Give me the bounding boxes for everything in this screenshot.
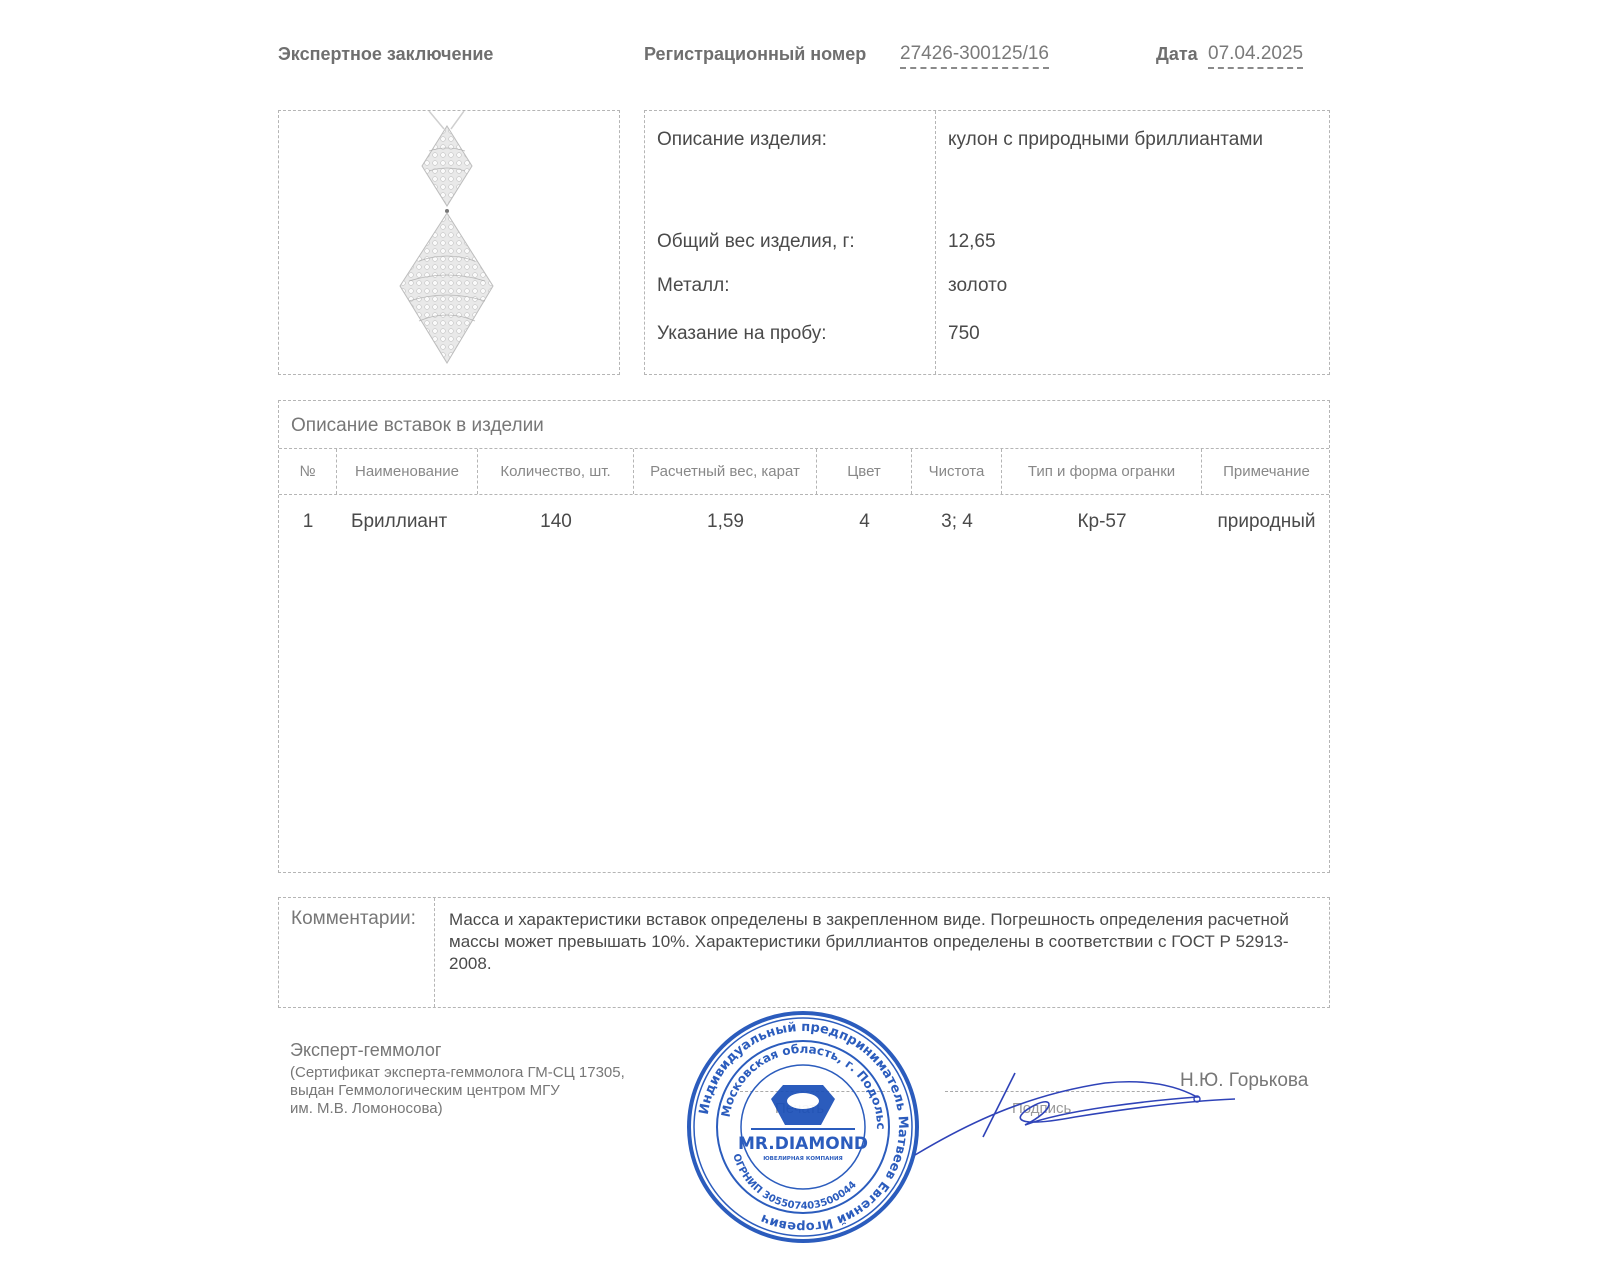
product-image-box (278, 110, 620, 375)
cell-note: природный (1202, 505, 1331, 539)
stamp-brand-sub: ЮВЕЛИРНАЯ КОМПАНИЯ (763, 1156, 843, 1162)
cell-quantity: 140 (478, 505, 634, 539)
cell-weight: 1,59 (634, 505, 817, 539)
date-value: 07.04.2025 (1208, 43, 1303, 69)
metal-value: золото (948, 275, 1007, 297)
col-number: № (279, 449, 337, 494)
hallmark-value: 750 (948, 323, 980, 345)
comments-label: Комментарии: (291, 908, 416, 930)
col-name: Наименование (337, 449, 478, 494)
col-color: Цвет (817, 449, 912, 494)
col-cut: Тип и форма огранки (1002, 449, 1202, 494)
expert-title: Эксперт-геммолог (290, 1040, 441, 1061)
cell-name: Бриллиант (337, 505, 492, 539)
comments-divider (434, 898, 435, 1007)
pendant-image (279, 111, 620, 375)
inserts-header-row: № Наименование Количество, шт. Расчетный… (279, 448, 1329, 495)
comments-box: Комментарии: Масса и характеристики вста… (278, 897, 1330, 1008)
date-label: Дата (1156, 44, 1198, 65)
col-quantity: Количество, шт. (478, 449, 634, 494)
reg-number-label: Регистрационный номер (644, 44, 866, 65)
inserts-title: Описание вставок в изделии (291, 415, 544, 437)
col-weight: Расчетный вес, карат (634, 449, 817, 494)
cell-clarity: 3; 4 (912, 505, 1002, 539)
signature-scribble (905, 1055, 1265, 1165)
expert-cert-line3: им. М.В. Ломоносова) (290, 1100, 443, 1118)
inserts-box: Описание вставок в изделии № Наименовани… (278, 400, 1330, 873)
cell-cut: Кр-57 (1002, 505, 1202, 539)
metal-label: Металл: (657, 275, 729, 297)
diamond-logo-icon (751, 1085, 855, 1129)
description-value: кулон с природными бриллиантами (948, 129, 1263, 151)
item-info-box: Описание изделия: кулон с природными бри… (644, 110, 1330, 375)
info-divider (935, 111, 936, 374)
expert-cert-line2: выдан Геммологическим центром МГУ (290, 1082, 560, 1100)
reg-number-value: 27426-300125/16 (900, 43, 1049, 69)
description-label: Описание изделия: (657, 129, 827, 151)
cell-number: 1 (279, 505, 337, 539)
weight-label: Общий вес изделия, г: (657, 231, 855, 253)
hallmark-label: Указание на пробу: (657, 323, 827, 345)
company-stamp: Индивидуальный предприниматель Матвеев Е… (683, 1007, 923, 1247)
col-note: Примечание (1202, 449, 1331, 494)
stamp-brand: MR.DIAMOND (738, 1134, 868, 1154)
weight-value: 12,65 (948, 231, 996, 253)
expert-cert-line1: (Сертификат эксперта-геммолога ГМ-СЦ 173… (290, 1064, 625, 1082)
cell-color: 4 (817, 505, 912, 539)
col-clarity: Чистота (912, 449, 1002, 494)
table-row: 1 Бриллиант 140 1,59 4 3; 4 Кр-57 природ… (279, 505, 1329, 539)
comments-text: Масса и характеристики вставок определен… (449, 909, 1321, 975)
document-title: Экспертное заключение (278, 44, 493, 65)
